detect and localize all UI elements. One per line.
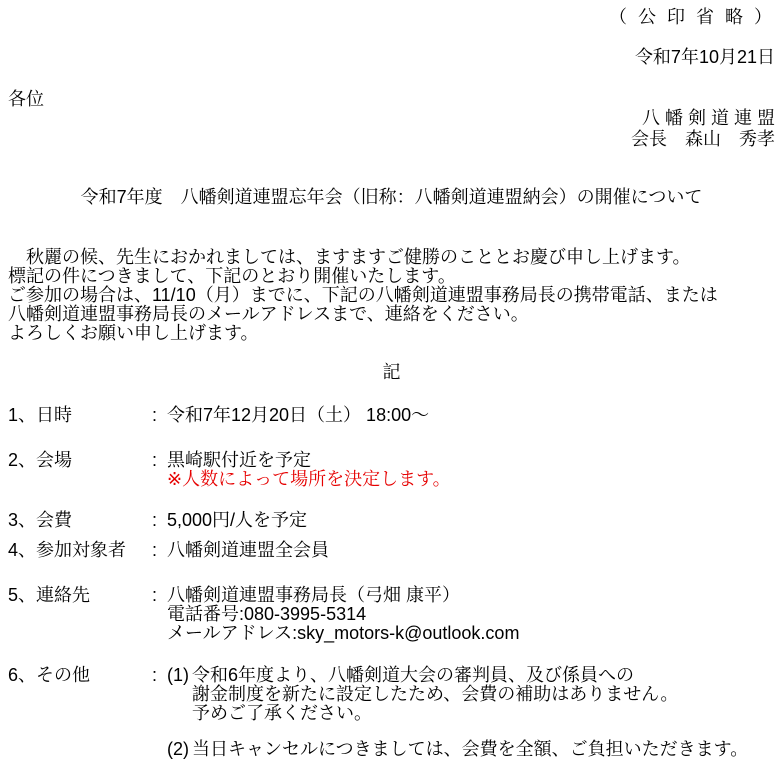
item-colon: : <box>152 511 167 530</box>
seal-omitted-note: （ 公 印 省 略 ） <box>8 8 775 27</box>
venue-value: 黒崎駅付近を予定 <box>167 451 775 470</box>
document-title: 令和7年度 八幡剣道連盟忘年会（旧称：八幡剣道連盟納会）の開催について <box>8 188 775 207</box>
sender-person: 会長 森山 秀孝 <box>8 130 775 149</box>
item-label: 4、参加対象者 <box>8 541 152 560</box>
other-note-1-line: 予めご了承ください。 <box>192 704 775 723</box>
item-value: 5,000円/人を予定 <box>167 511 775 530</box>
item-label: 2、会場 <box>8 451 152 470</box>
item-value: 八幡剣道連盟全会員 <box>167 541 775 560</box>
item-colon: : <box>152 451 167 470</box>
paragraph-line: ご参加の場合は、11/10（月）までに、下記の八幡剣道連盟事務局長の携帯電話、ま… <box>8 286 775 305</box>
item-colon: : <box>152 586 167 605</box>
datetime-value: 令和7年12月20日（土） 18:00～ <box>167 406 775 425</box>
other-note-2-line: 当日キャンセルにつきましては、会費を全額、ご負担いただきます。 <box>192 740 775 759</box>
sub-marker: (1) <box>167 666 192 685</box>
contact-phone: 電話番号:080-3995-5314 <box>167 605 775 624</box>
paragraph-line: 秋麗の候、先生におかれましては、ますますご健勝のこととお慶び申し上げます。 <box>8 248 775 267</box>
item-value: 八幡剣道連盟事務局長（弓畑 康平） 電話番号:080-3995-5314 メール… <box>167 586 775 643</box>
venue-note-red: ※人数によって場所を決定します。 <box>167 470 775 489</box>
sender-organization: 八 幡 剣 道 連 盟 <box>8 109 775 128</box>
paragraph-line: 八幡剣道連盟事務局長のメールアドレスまで、連絡をください。 <box>8 305 775 324</box>
item-fee: 3、会費 : 5,000円/人を予定 <box>8 511 775 530</box>
item-colon: : <box>152 666 167 685</box>
participants-value: 八幡剣道連盟全会員 <box>167 541 775 560</box>
item-label: 3、会費 <box>8 511 152 530</box>
other-note-2: (2) 当日キャンセルにつきましては、会費を全額、ご負担いただきます。 <box>167 740 775 759</box>
sub-text: 令和6年度より、八幡剣道大会の審判員、及び係員への 謝金制度を新たに設定したため… <box>192 666 775 723</box>
paragraph-line: 標記の件につきまして、下記のとおり開催いたします。 <box>8 267 775 286</box>
item-value: (1) 令和6年度より、八幡剣道大会の審判員、及び係員への 謝金制度を新たに設定… <box>167 666 775 759</box>
item-label: 1、日時 <box>8 406 152 425</box>
sub-text: 当日キャンセルにつきましては、会費を全額、ご負担いただきます。 <box>192 740 775 759</box>
contact-email: メールアドレス:sky_motors-k@outlook.com <box>167 624 775 643</box>
document-date: 令和7年10月21日 <box>8 48 775 67</box>
item-value: 令和7年12月20日（土） 18:00～ <box>167 406 775 425</box>
item-label: 6、その他 <box>8 666 152 685</box>
item-contact: 5、連絡先 : 八幡剣道連盟事務局長（弓畑 康平） 電話番号:080-3995-… <box>8 586 775 643</box>
item-datetime: 1、日時 : 令和7年12月20日（土） 18:00～ <box>8 406 775 425</box>
fee-value: 5,000円/人を予定 <box>167 511 775 530</box>
other-note-1: (1) 令和6年度より、八幡剣道大会の審判員、及び係員への 謝金制度を新たに設定… <box>167 666 775 723</box>
item-colon: : <box>152 541 167 560</box>
recipient: 各位 <box>8 90 775 109</box>
sub-marker: (2) <box>167 740 192 759</box>
other-note-1-line: 謝金制度を新たに設定したため、会費の補助はありません。 <box>192 685 775 704</box>
item-venue: 2、会場 : 黒崎駅付近を予定 ※人数によって場所を決定します。 <box>8 451 775 489</box>
contact-person: 八幡剣道連盟事務局長（弓畑 康平） <box>167 586 775 605</box>
letter-document: （ 公 印 省 略 ） 令和7年10月21日 各位 八 幡 剣 道 連 盟 会長… <box>0 0 783 774</box>
greeting-paragraph: 秋麗の候、先生におかれましては、ますますご健勝のこととお慶び申し上げます。 標記… <box>8 248 775 343</box>
item-participants: 4、参加対象者 : 八幡剣道連盟全会員 <box>8 541 775 560</box>
paragraph-line: よろしくお願い申し上げます。 <box>8 324 775 343</box>
item-label: 5、連絡先 <box>8 586 152 605</box>
other-note-1-line: 令和6年度より、八幡剣道大会の審判員、及び係員への <box>192 666 775 685</box>
item-value: 黒崎駅付近を予定 ※人数によって場所を決定します。 <box>167 451 775 489</box>
item-colon: : <box>152 406 167 425</box>
record-marker: 記 <box>8 363 775 382</box>
item-other: 6、その他 : (1) 令和6年度より、八幡剣道大会の審判員、及び係員への 謝金… <box>8 666 775 759</box>
